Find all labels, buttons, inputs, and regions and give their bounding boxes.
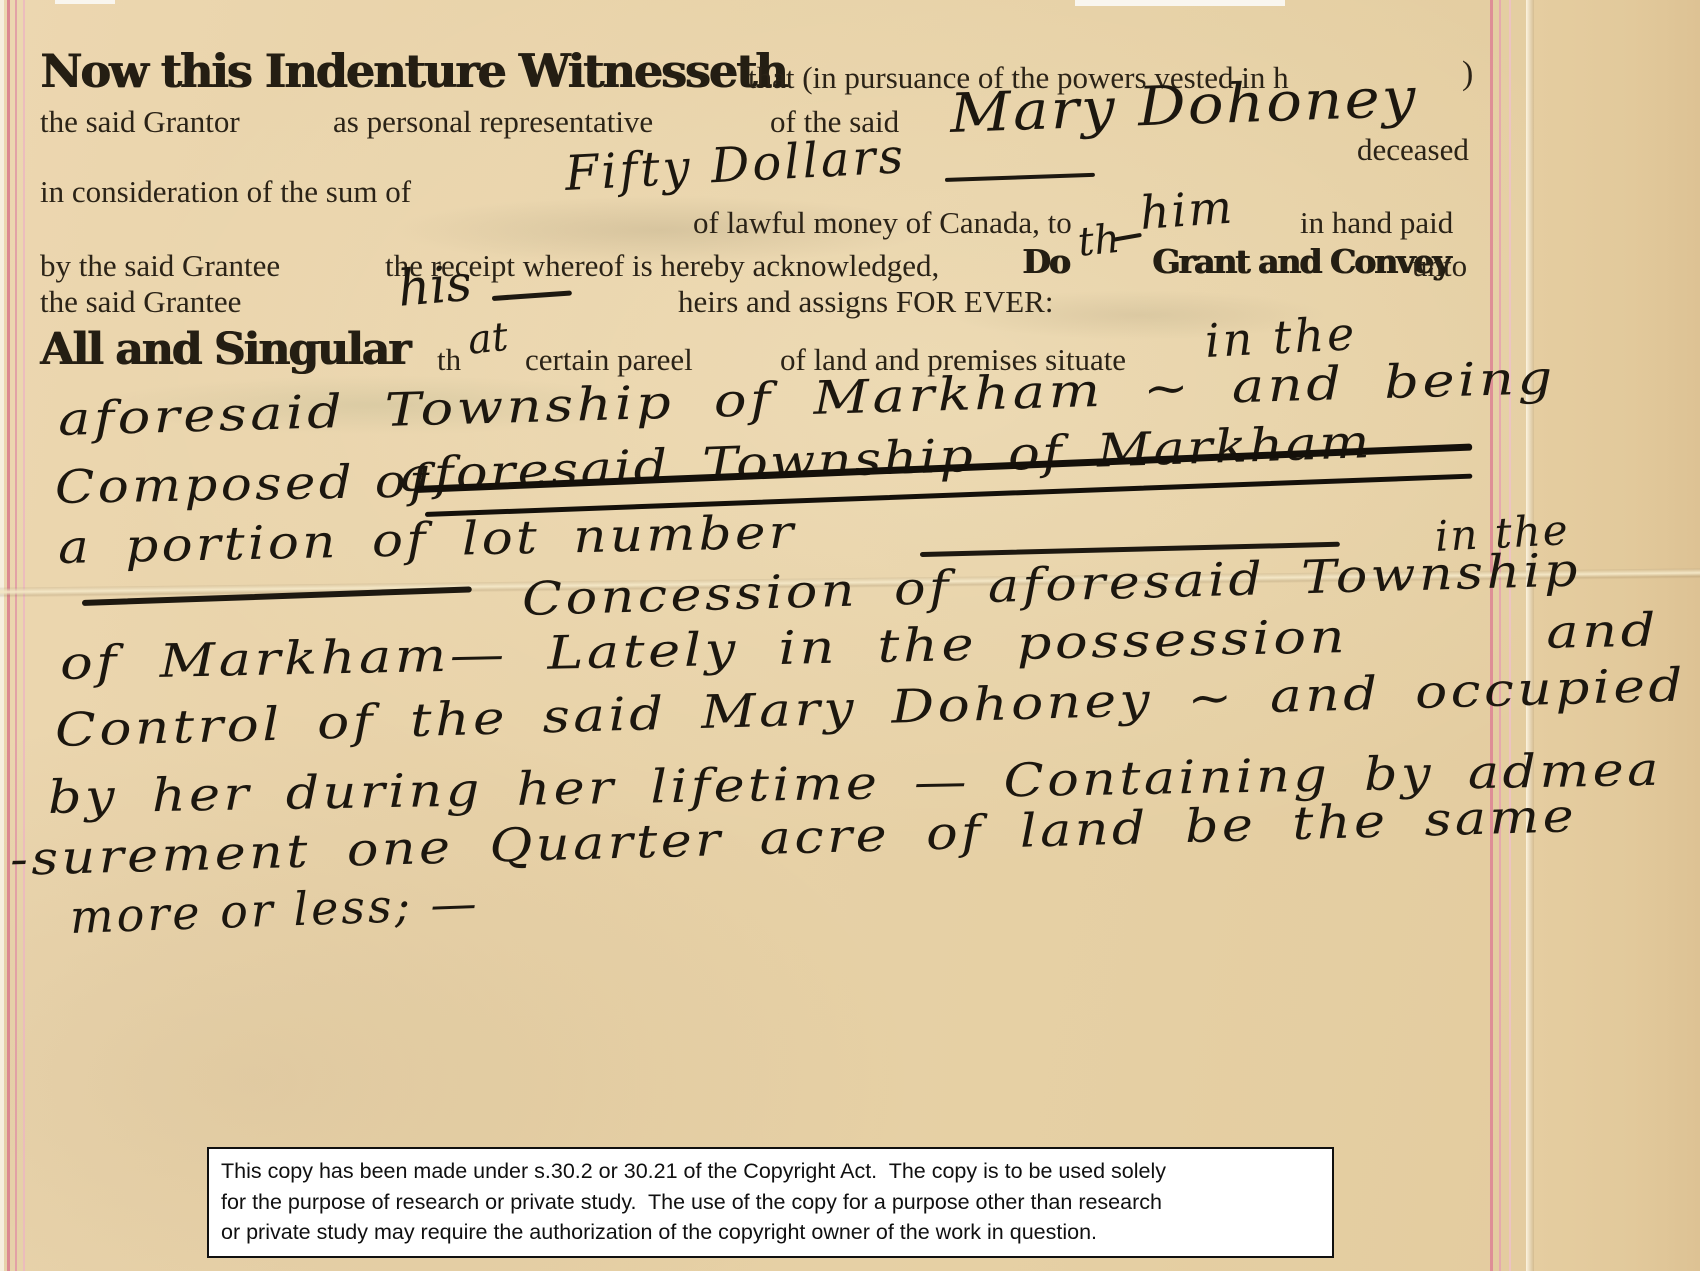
- handwritten-body-line: Composed of: [55, 453, 433, 514]
- scan-left-edge: [0, 0, 4, 1271]
- heirs-text: heirs and assigns FOR EVER:: [678, 284, 1053, 320]
- grantor-text-1: the said Grantor: [40, 104, 240, 140]
- unto-text: unto: [1412, 248, 1467, 284]
- scan-artifact: [1075, 0, 1285, 6]
- grantor-text-2: as personal representative: [333, 104, 653, 140]
- handwritten-dash: [492, 290, 572, 301]
- handwritten-at: at: [466, 314, 511, 364]
- grantee-text-2: the said Grantee: [40, 284, 241, 320]
- lawful-money-text: of lawful money of Canada, to: [693, 205, 1072, 241]
- deed-title-blackletter: Now this Indenture Witnesseth: [40, 44, 787, 98]
- scanned-deed-page: Now this Indenture Witnesseth that (in p…: [0, 0, 1700, 1271]
- copyright-notice-box: This copy has been made under s.30.2 or …: [207, 1147, 1334, 1258]
- margin-rule-line: [15, 0, 17, 1271]
- in-hand-paid-text: in hand paid: [1300, 205, 1453, 241]
- handwritten-dash: [945, 173, 1095, 182]
- copyright-notice-line: for the purpose of research or private s…: [221, 1187, 1320, 1218]
- copyright-notice-line: This copy has been made under s.30.2 or …: [221, 1156, 1320, 1187]
- handwritten-him: him: [1138, 180, 1236, 240]
- margin-rule-line: [7, 0, 10, 1271]
- consideration-text: in consideration of the sum of: [40, 174, 411, 210]
- handwritten-body-line: more or less; —: [69, 876, 480, 944]
- th-text: th: [437, 342, 461, 378]
- handwritten-body-line: a portion of lot number: [57, 505, 797, 574]
- margin-rule-line: [23, 0, 25, 1271]
- grant-convey-blackletter: Grant and Convey: [1152, 242, 1449, 281]
- copyright-notice-line: or private study may require the authori…: [221, 1217, 1320, 1248]
- scan-artifact: [55, 0, 115, 4]
- deceased-label: deceased: [1357, 132, 1469, 168]
- do-blackletter: Do: [1022, 242, 1069, 281]
- certain-parcel-text: certain pareel: [525, 342, 693, 378]
- handwritten-his: his: [395, 254, 474, 318]
- all-singular-blackletter: All and Singular: [40, 324, 409, 375]
- closing-paren: ): [1462, 55, 1473, 93]
- grantee-text-1: by the said Grantee: [40, 248, 280, 284]
